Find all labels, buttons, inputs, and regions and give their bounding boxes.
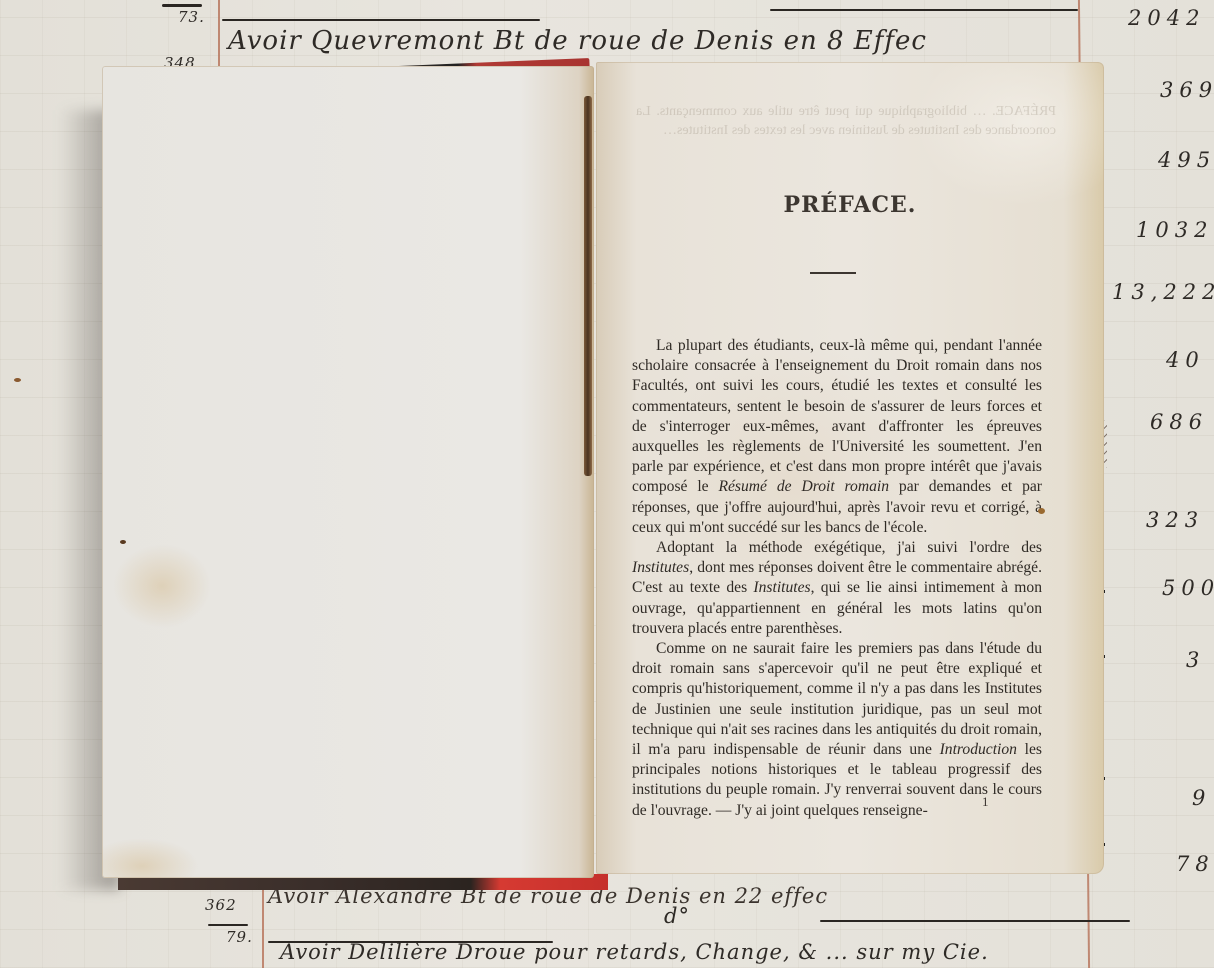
ledger-amount: 1032 (1136, 218, 1213, 242)
left-page-blank (102, 66, 594, 878)
ink-spot (14, 378, 21, 382)
book-spine (584, 96, 592, 476)
ledger-amount: 9 (1192, 786, 1211, 810)
ledger-margin-rule (262, 888, 264, 968)
ledger-rule (770, 9, 1078, 11)
ledger-rule (208, 924, 248, 926)
ledger-amount: 686 (1150, 410, 1208, 434)
heading-rule (810, 272, 856, 274)
ledger-amount: 500 (1162, 576, 1214, 600)
ledger-rule (162, 4, 202, 7)
preface-paragraph: Adoptant la méthode exégétique, j'ai sui… (632, 538, 1042, 639)
ledger-amount: 323 (1146, 508, 1204, 532)
ledger-amount: 78 (1176, 852, 1214, 876)
foxing-spot (120, 540, 126, 544)
show-through-text: PRÉFACE. … bibliographique qui peut être… (636, 102, 1056, 140)
ledger-ditto-mark: d° (664, 904, 690, 928)
ledger-amount: 495 (1158, 148, 1214, 172)
ledger-amount: 40 (1166, 348, 1205, 372)
ledger-amount: 2042 (1128, 6, 1205, 30)
ledger-amount: 13,222 (1112, 280, 1214, 304)
ledger-entry-number: 73. (178, 8, 205, 26)
ledger-entry-number: 79. (226, 928, 253, 946)
ledger-rule (222, 19, 540, 21)
ledger-entry-text: Avoir Delilière Droue pour retards, Chan… (280, 940, 989, 964)
preface-body: La plupart des étudiants, ceux-là même q… (632, 336, 1042, 821)
ledger-rule (820, 920, 1130, 922)
foxing-spot (1038, 508, 1045, 514)
preface-paragraph: Comme on ne saurait faire les premiers p… (632, 639, 1042, 821)
signature-mark: 1 (982, 794, 989, 810)
ledger-entry-number: 362 (205, 896, 237, 914)
ledger-amount: 369 (1160, 78, 1214, 102)
preface-paragraph: La plupart des étudiants, ceux-là même q… (632, 336, 1042, 538)
preface-heading: PRÉFACE. (596, 192, 1104, 218)
ledger-amount: 3 (1186, 648, 1205, 672)
right-page-preface: PRÉFACE. … bibliographique qui peut être… (596, 62, 1104, 874)
ledger-entry-text: Avoir Quevremont Bt de roue de Denis en … (228, 26, 927, 56)
